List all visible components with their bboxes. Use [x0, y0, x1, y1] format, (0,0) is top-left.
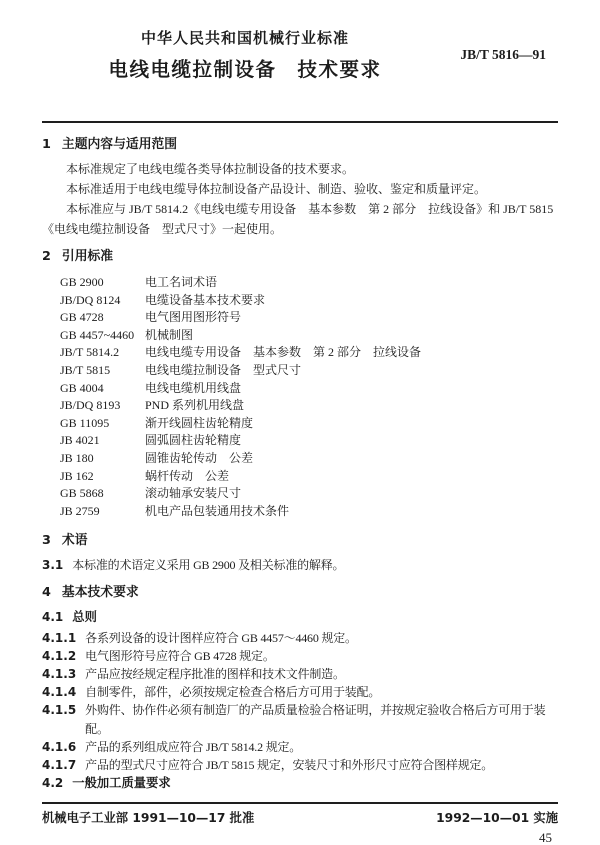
section-title: 主题内容与适用范围: [62, 136, 177, 153]
reference-code: GB 4457~4460: [60, 327, 145, 345]
section-number: 1: [42, 136, 51, 153]
paragraph: 本标准规定了电线电缆各类导体拉制设备的技术要求。: [42, 159, 558, 179]
clause-4-1-4: 4.1.4 自制零件，部件，必须按规定检查合格后方可用于装配。: [42, 683, 558, 701]
reference-item: GB 5868 滚动轴承安装尺寸: [60, 485, 558, 503]
subsection-4-1-heading: 4.1 总则: [42, 608, 558, 626]
document-title: 电线电缆拉制设备 技术要求: [30, 58, 460, 82]
reference-title: 圆锥齿轮传动 公差: [145, 450, 558, 468]
reference-item: JB/DQ 8193 PND 系列机用线盘: [60, 397, 558, 415]
reference-title: 电线电缆机用线盘: [145, 380, 558, 398]
reference-title: 电缆设备基本技术要求: [145, 292, 558, 310]
reference-code: JB 162: [60, 468, 145, 486]
subsection-number: 4.1: [42, 608, 63, 626]
reference-title: 机械制图: [145, 327, 558, 345]
clause-4-1-2: 4.1.2 电气图形符号应符合 GB 4728 规定。: [42, 647, 558, 665]
reference-code: JB/DQ 8193: [60, 397, 145, 415]
reference-item: GB 4004 电线电缆机用线盘: [60, 380, 558, 398]
clause-4-1-5: 4.1.5 外购件、协作件必须有制造厂的产品质量检验合格证明，并按规定验收合格后…: [42, 701, 558, 737]
reference-code: GB 4728: [60, 309, 145, 327]
reference-title: 电线电缆专用设备 基本参数 第 2 部分 拉线设备: [145, 344, 558, 362]
clause-text: 产品的型式尺寸应符合 JB/T 5815 规定，安装尺寸和外形尺寸应符合图样规定…: [85, 756, 493, 774]
standard-code: JB/T 5816—91: [460, 47, 546, 63]
section-1-heading: 1 主题内容与适用范围: [42, 136, 558, 153]
subsection-number: 4.2: [42, 774, 63, 792]
clause-number: 4.1.7: [42, 756, 76, 774]
clause-text: 本标准的术语定义采用 GB 2900 及相关标准的解释。: [72, 556, 344, 574]
subsection-title: 总则: [72, 608, 97, 626]
standard-org-line: 中华人民共和国机械行业标准: [30, 29, 460, 47]
reference-code: GB 11095: [60, 415, 145, 433]
clause-number: 4.1.3: [42, 665, 76, 683]
clause-text: 电气图形符号应符合 GB 4728 规定。: [85, 647, 274, 665]
reference-code: JB/T 5814.2: [60, 344, 145, 362]
reference-item: JB 2759 机电产品包装通用技术条件: [60, 503, 558, 521]
reference-item: JB/T 5815 电线电缆拉制设备 型式尺寸: [60, 362, 558, 380]
clause-text: 外购件、协作件必须有制造厂的产品质量检验合格证明，并按规定验收合格后方可用于装配…: [85, 701, 558, 737]
section-number: 2: [42, 248, 51, 265]
footer-divider: [42, 802, 558, 804]
clause-number: 4.1.5: [42, 701, 76, 737]
reference-title: 电气图用图形符号: [145, 309, 558, 327]
paragraph: 本标准适用于电线电缆导体拉制设备产品设计、制造、验收、鉴定和质量评定。: [42, 179, 558, 199]
reference-code: GB 4004: [60, 380, 145, 398]
reference-title: 蜗杆传动 公差: [145, 468, 558, 486]
reference-item: JB 180 圆锥齿轮传动 公差: [60, 450, 558, 468]
reference-code: JB/DQ 8124: [60, 292, 145, 310]
clause-4-1-1: 4.1.1 各系列设备的设计图样应符合 GB 4457～4460 规定。: [42, 629, 558, 647]
clause-4-1-3: 4.1.3 产品应按经规定程序批准的图样和技术文件制造。: [42, 665, 558, 683]
header-divider: [42, 121, 558, 123]
document-footer: 机械电子工业部 1991—10—17 批准 1992—10—01 实施: [42, 810, 558, 826]
clause-4-1-6: 4.1.6 产品的系列组成应符合 JB/T 5814.2 规定。: [42, 738, 558, 756]
reference-code: GB 2900: [60, 274, 145, 292]
section-title: 术语: [62, 532, 88, 549]
reference-item: GB 2900 电工名词术语: [60, 274, 558, 292]
reference-title: 圆弧圆柱齿轮精度: [145, 432, 558, 450]
document-header: 中华人民共和国机械行业标准 JB/T 5816—91 电线电缆拉制设备 技术要求: [0, 0, 600, 82]
reference-title: 电线电缆拉制设备 型式尺寸: [145, 362, 558, 380]
clause-text: 产品应按经规定程序批准的图样和技术文件制造。: [85, 665, 345, 683]
reference-title: 渐开线圆柱齿轮精度: [145, 415, 558, 433]
reference-item: JB 4021 圆弧圆柱齿轮精度: [60, 432, 558, 450]
clause-number: 4.1.6: [42, 738, 76, 756]
subsection-title: 一般加工质量要求: [72, 774, 170, 792]
reference-code: JB/T 5815: [60, 362, 145, 380]
reference-item: GB 4728 电气图用图形符号: [60, 309, 558, 327]
reference-code: JB 180: [60, 450, 145, 468]
clause-number: 3.1: [42, 556, 63, 574]
clause-text: 各系列设备的设计图样应符合 GB 4457～4460 规定。: [85, 629, 357, 647]
document-body: 1 主题内容与适用范围 本标准规定了电线电缆各类导体拉制设备的技术要求。 本标准…: [42, 136, 558, 792]
clauses-list: 4.1.1 各系列设备的设计图样应符合 GB 4457～4460 规定。 4.1…: [42, 629, 558, 775]
paragraph: 本标准应与 JB/T 5814.2《电线电缆专用设备 基本参数 第 2 部分 拉…: [42, 199, 558, 239]
clause-text: 自制零件，部件，必须按规定检查合格后方可用于装配。: [85, 683, 380, 701]
reference-item: GB 11095 渐开线圆柱齿轮精度: [60, 415, 558, 433]
approval-note: 机械电子工业部 1991—10—17 批准: [42, 810, 254, 826]
clause-number: 4.1.4: [42, 683, 76, 701]
section-3-heading: 3 术语: [42, 532, 558, 549]
page-number: 45: [0, 830, 552, 845]
reference-item: JB 162 蜗杆传动 公差: [60, 468, 558, 486]
section-2-heading: 2 引用标准: [42, 248, 558, 265]
clause-text: 产品的系列组成应符合 JB/T 5814.2 规定。: [85, 738, 301, 756]
clause-3-1: 3.1 本标准的术语定义采用 GB 2900 及相关标准的解释。: [42, 556, 558, 574]
section-title: 基本技术要求: [62, 584, 139, 601]
implementation-note: 1992—10—01 实施: [436, 810, 558, 826]
clause-number: 4.1.2: [42, 647, 76, 665]
references-list: GB 2900 电工名词术语 JB/DQ 8124 电缆设备基本技术要求 GB …: [60, 274, 558, 520]
reference-item: JB/T 5814.2 电线电缆专用设备 基本参数 第 2 部分 拉线设备: [60, 344, 558, 362]
reference-title: PND 系列机用线盘: [145, 397, 558, 415]
reference-code: JB 4021: [60, 432, 145, 450]
reference-title: 机电产品包装通用技术条件: [145, 503, 558, 521]
reference-item: JB/DQ 8124 电缆设备基本技术要求: [60, 292, 558, 310]
clause-4-1-7: 4.1.7 产品的型式尺寸应符合 JB/T 5815 规定，安装尺寸和外形尺寸应…: [42, 756, 558, 774]
subsection-4-2-heading: 4.2 一般加工质量要求: [42, 774, 558, 792]
reference-title: 电工名词术语: [145, 274, 558, 292]
document-page: 中华人民共和国机械行业标准 JB/T 5816—91 电线电缆拉制设备 技术要求…: [0, 0, 600, 845]
section-title: 引用标准: [62, 248, 113, 265]
reference-title: 滚动轴承安装尺寸: [145, 485, 558, 503]
reference-code: JB 2759: [60, 503, 145, 521]
clause-number: 4.1.1: [42, 629, 76, 647]
section-number: 4: [42, 584, 51, 601]
reference-item: GB 4457~4460 机械制图: [60, 327, 558, 345]
reference-code: GB 5868: [60, 485, 145, 503]
section-4-heading: 4 基本技术要求: [42, 584, 558, 601]
section-number: 3: [42, 532, 51, 549]
